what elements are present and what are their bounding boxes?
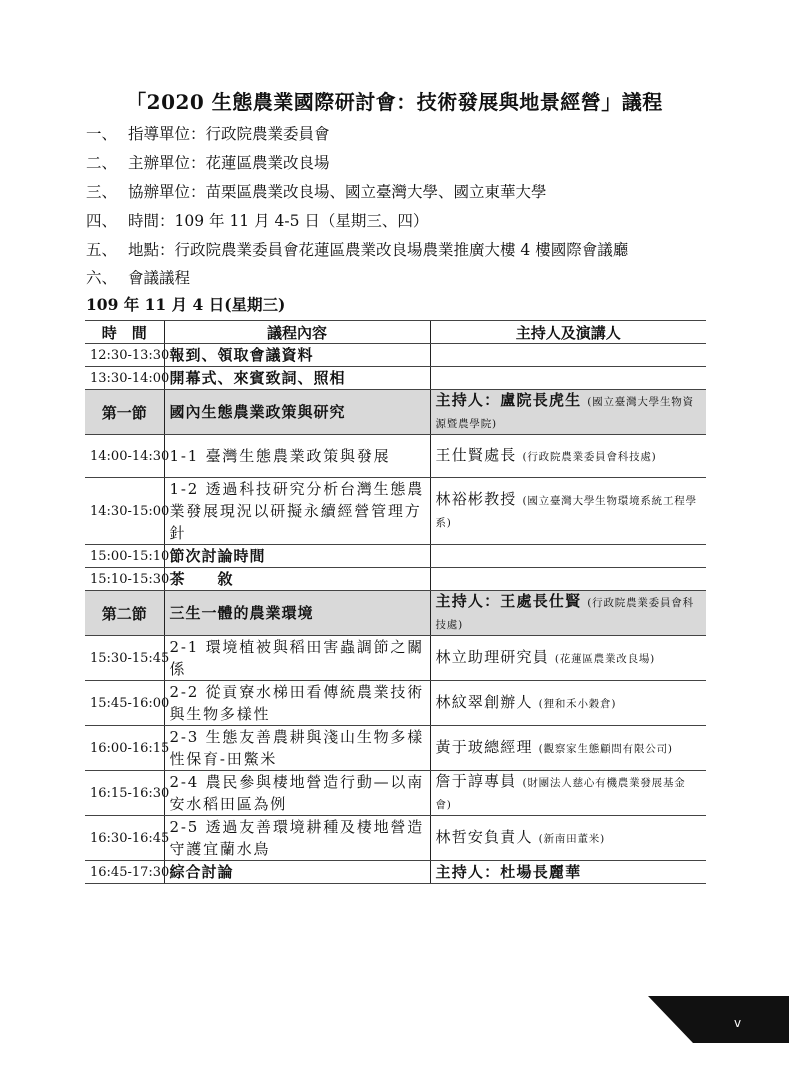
session-title: 國內生態農業政策與研究 <box>164 390 430 435</box>
info-number: 五、 <box>86 240 128 260</box>
row-time: 16:00-16:15 <box>85 726 164 771</box>
header-time: 時 間 <box>85 321 164 344</box>
table-row: 16:45-17:30 綜合討論 主持人：杜場長麗華 <box>85 861 706 884</box>
info-text: 指導單位：行政院農業委員會 <box>128 125 330 143</box>
speaker-name: 詹于諄專員 <box>436 772 517 790</box>
info-line-location: 五、地點：行政院農業委員會花蓮區農業改良場農業推廣大樓 4 樓國際會議廳 <box>86 240 628 260</box>
row-speaker: 黃于玻總經理 (觀察家生態顧問有限公司) <box>430 726 706 771</box>
row-content: 1-1 臺灣生態農業政策與發展 <box>164 435 430 478</box>
row-content: 1-2 透過科技研究分析台灣生態農業發展現況以研擬永續經營管理方針 <box>164 478 430 545</box>
row-time: 14:30-15:00 <box>85 478 164 545</box>
table-row: 15:10-15:30 茶 敘 <box>85 568 706 591</box>
row-speaker: 林紋翠創辦人 (狸和禾小穀倉) <box>430 681 706 726</box>
info-text: 時間：109 年 11 月 4-5 日（星期三、四） <box>128 212 428 230</box>
table-row: 14:00-14:30 1-1 臺灣生態農業政策與發展 王仕賢處長 (行政院農業… <box>85 435 706 478</box>
row-time: 13:30-14:00 <box>85 367 164 390</box>
speaker-affiliation: (觀察家生態顧問有限公司) <box>539 743 673 755</box>
row-time: 15:30-15:45 <box>85 636 164 681</box>
session-label: 第一節 <box>85 390 164 435</box>
row-speaker: 詹于諄專員 (財團法人慈心有機農業發展基金會) <box>430 771 706 816</box>
row-speaker: 林哲安負責人 (新南田董米) <box>430 816 706 861</box>
row-speaker: 林立助理研究員 (花蓮區農業改良場) <box>430 636 706 681</box>
table-header-row: 時 間 議程內容 主持人及演講人 <box>85 321 706 344</box>
info-line-time: 四、時間：109 年 11 月 4-5 日（星期三、四） <box>86 211 428 231</box>
host-name: 主持人：盧院長虎生 <box>436 391 582 409</box>
row-content: 綜合討論 <box>164 861 430 884</box>
speaker-name: 林哲安負責人 <box>436 828 533 846</box>
table-row: 12:30-13:30 報到、領取會議資料 <box>85 344 706 367</box>
info-text: 會議議程 <box>128 269 190 287</box>
table-row: 16:30-16:45 2-5 透過友善環境耕種及棲地營造守護宜蘭水鳥 林哲安負… <box>85 816 706 861</box>
row-speaker: 林裕彬教授 (國立臺灣大學生物環境系統工程學系) <box>430 478 706 545</box>
info-line-co-organizer: 三、協辦單位：苗栗區農業改良場、國立臺灣大學、國立東華大學 <box>86 182 547 202</box>
speaker-affiliation: (狸和禾小穀倉) <box>539 698 617 710</box>
host-name: 主持人：王處長仕賢 <box>436 592 582 610</box>
info-text: 主辦單位：花蓮區農業改良場 <box>128 154 330 172</box>
row-speaker <box>430 367 706 390</box>
row-speaker <box>430 344 706 367</box>
speaker-name: 林裕彬教授 <box>436 490 517 508</box>
row-content: 2-3 生態友善農耕與淺山生物多樣性保育-田鱉米 <box>164 726 430 771</box>
info-number: 三、 <box>86 182 128 202</box>
info-line-agenda: 六、會議議程 <box>86 268 190 288</box>
row-speaker: 王仕賢處長 (行政院農業委員會科技處) <box>430 435 706 478</box>
row-time: 16:45-17:30 <box>85 861 164 884</box>
header-content: 議程內容 <box>164 321 430 344</box>
speaker-name: 林立助理研究員 <box>436 648 549 666</box>
info-number: 六、 <box>86 268 128 288</box>
row-speaker: 主持人：杜場長麗華 <box>430 861 706 884</box>
row-content: 報到、領取會議資料 <box>164 344 430 367</box>
info-line-guidance: 一、指導單位：行政院農業委員會 <box>86 124 330 144</box>
table-row: 14:30-15:00 1-2 透過科技研究分析台灣生態農業發展現況以研擬永續經… <box>85 478 706 545</box>
info-text: 地點：行政院農業委員會花蓮區農業改良場農業推廣大樓 4 樓國際會議廳 <box>128 241 628 259</box>
speaker-affiliation: (新南田董米) <box>539 833 605 845</box>
session-host: 主持人：王處長仕賢 (行政院農業委員會科技處) <box>430 591 706 636</box>
session-host: 主持人：盧院長虎生 (國立臺灣大學生物資源暨農學院) <box>430 390 706 435</box>
session-title: 三生一體的農業環境 <box>164 591 430 636</box>
row-speaker <box>430 568 706 591</box>
row-time: 15:00-15:10 <box>85 545 164 568</box>
info-number: 二、 <box>86 153 128 173</box>
row-content: 2-2 從貢寮水梯田看傳統農業技術與生物多樣性 <box>164 681 430 726</box>
session-label: 第二節 <box>85 591 164 636</box>
info-number: 四、 <box>86 211 128 231</box>
row-content: 2-4 農民參與棲地營造行動—以南安水稻田區為例 <box>164 771 430 816</box>
table-row: 16:00-16:15 2-3 生態友善農耕與淺山生物多樣性保育-田鱉米 黃于玻… <box>85 726 706 771</box>
table-row: 15:30-15:45 2-1 環境植被與稻田害蟲調節之關係 林立助理研究員 (… <box>85 636 706 681</box>
row-speaker <box>430 545 706 568</box>
row-time: 16:30-16:45 <box>85 816 164 861</box>
speaker-affiliation: (行政院農業委員會科技處) <box>522 451 656 463</box>
row-time: 15:10-15:30 <box>85 568 164 591</box>
info-line-organizer: 二、主辦單位：花蓮區農業改良場 <box>86 153 330 173</box>
page-number: v <box>734 1016 741 1030</box>
table-row: 15:45-16:00 2-2 從貢寮水梯田看傳統農業技術與生物多樣性 林紋翠創… <box>85 681 706 726</box>
session-row: 第二節 三生一體的農業環境 主持人：王處長仕賢 (行政院農業委員會科技處) <box>85 591 706 636</box>
session-row: 第一節 國內生態農業政策與研究 主持人：盧院長虎生 (國立臺灣大學生物資源暨農學… <box>85 390 706 435</box>
row-content: 茶 敘 <box>164 568 430 591</box>
row-content: 2-1 環境植被與稻田害蟲調節之關係 <box>164 636 430 681</box>
speaker-name: 黃于玻總經理 <box>436 738 533 756</box>
document-title: 「2020 生態農業國際研討會：技術發展與地景經營」議程 <box>0 86 789 115</box>
row-time: 15:45-16:00 <box>85 681 164 726</box>
table-row: 16:15-16:30 2-4 農民參與棲地營造行動—以南安水稻田區為例 詹于諄… <box>85 771 706 816</box>
agenda-table: 時 間 議程內容 主持人及演講人 12:30-13:30 報到、領取會議資料 1… <box>85 320 706 884</box>
info-text: 協辦單位：苗栗區農業改良場、國立臺灣大學、國立東華大學 <box>128 183 547 201</box>
speaker-name: 林紋翠創辦人 <box>436 693 533 711</box>
table-row: 15:00-15:10 節次討論時間 <box>85 545 706 568</box>
speaker-affiliation: (花蓮區農業改良場) <box>555 653 655 665</box>
page-number-tab <box>648 996 789 1043</box>
row-time: 14:00-14:30 <box>85 435 164 478</box>
host-name: 主持人：杜場長麗華 <box>436 863 582 881</box>
table-row: 13:30-14:00 開幕式、來賓致詞、照相 <box>85 367 706 390</box>
info-number: 一、 <box>86 124 128 144</box>
row-content: 2-5 透過友善環境耕種及棲地營造守護宜蘭水鳥 <box>164 816 430 861</box>
row-time: 12:30-13:30 <box>85 344 164 367</box>
header-speaker: 主持人及演講人 <box>430 321 706 344</box>
row-content: 節次討論時間 <box>164 545 430 568</box>
speaker-name: 王仕賢處長 <box>436 446 517 464</box>
row-time: 16:15-16:30 <box>85 771 164 816</box>
date-heading: 109 年 11 月 4 日(星期三) <box>86 293 285 315</box>
row-content: 開幕式、來賓致詞、照相 <box>164 367 430 390</box>
